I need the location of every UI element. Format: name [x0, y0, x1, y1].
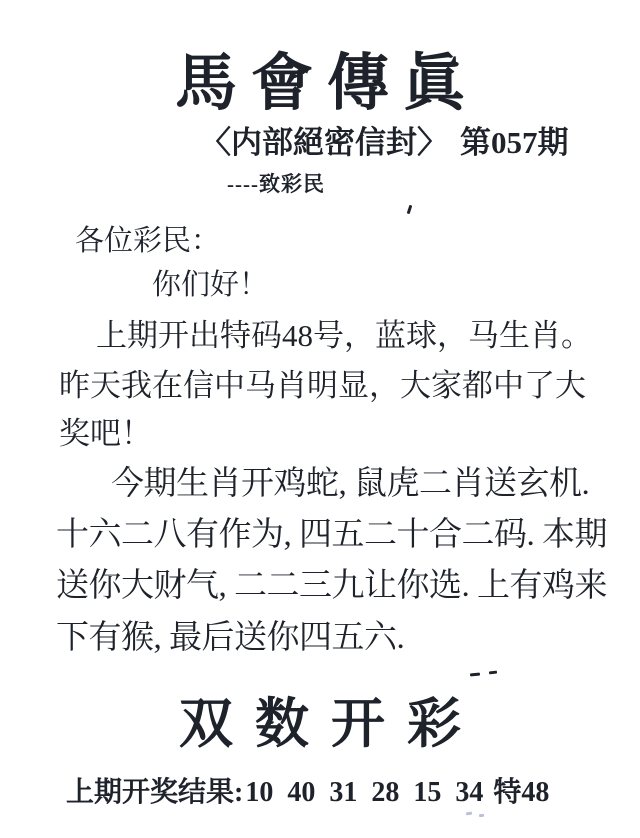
scan-speck [407, 205, 413, 214]
body-line: 十六二八有作为, 四五二十合二码. 本期 [56, 519, 607, 552]
body-line: 上期开出特码48号，蓝球，马生肖。 [96, 320, 592, 351]
salutation: 各位彩民： [75, 227, 220, 256]
special-number: 48 [521, 777, 549, 808]
body-line: 下有猴, 最后送你四五六. [56, 622, 404, 655]
body-line: 昨天我在信中马肖明显，大家都中了大 [59, 370, 586, 401]
issue-subtitle: 〈内部絕密信封〉第057期 [200, 127, 569, 158]
body-line: 今期生肖开鸡蛇, 鼠虎二肖送玄机. [111, 468, 589, 501]
scan-speck [479, 814, 484, 818]
special-number-label: 特 [493, 777, 521, 808]
results-label: 上期开奖结果: [66, 777, 243, 808]
body-line: 送你大财气, 二二三九让你选. 上有鸡来 [56, 570, 607, 603]
scan-speck [470, 672, 480, 676]
issue-number: 第057期 [460, 125, 569, 160]
lottery-heading: 双数开彩 [0, 697, 640, 751]
page-title: 馬會傳眞 [0, 53, 640, 115]
fax-letter-page: 馬會傳眞 〈内部絕密信封〉第057期 ----致彩民 各位彩民： 你们好！ 上期… [0, 0, 640, 838]
envelope-label: 〈内部絕密信封〉 [200, 125, 448, 160]
scan-speck [489, 671, 497, 675]
scan-speck [466, 812, 472, 816]
results-line: 上期开奖结果:10 40 31 28 15 34特48 [66, 779, 549, 807]
greeting-line: 你们好！ [152, 271, 268, 300]
dedication-line: ----致彩民 [227, 174, 325, 195]
body-line: 奖吧！ [59, 418, 152, 449]
results-numbers: 10 40 31 28 15 34 [245, 777, 483, 808]
